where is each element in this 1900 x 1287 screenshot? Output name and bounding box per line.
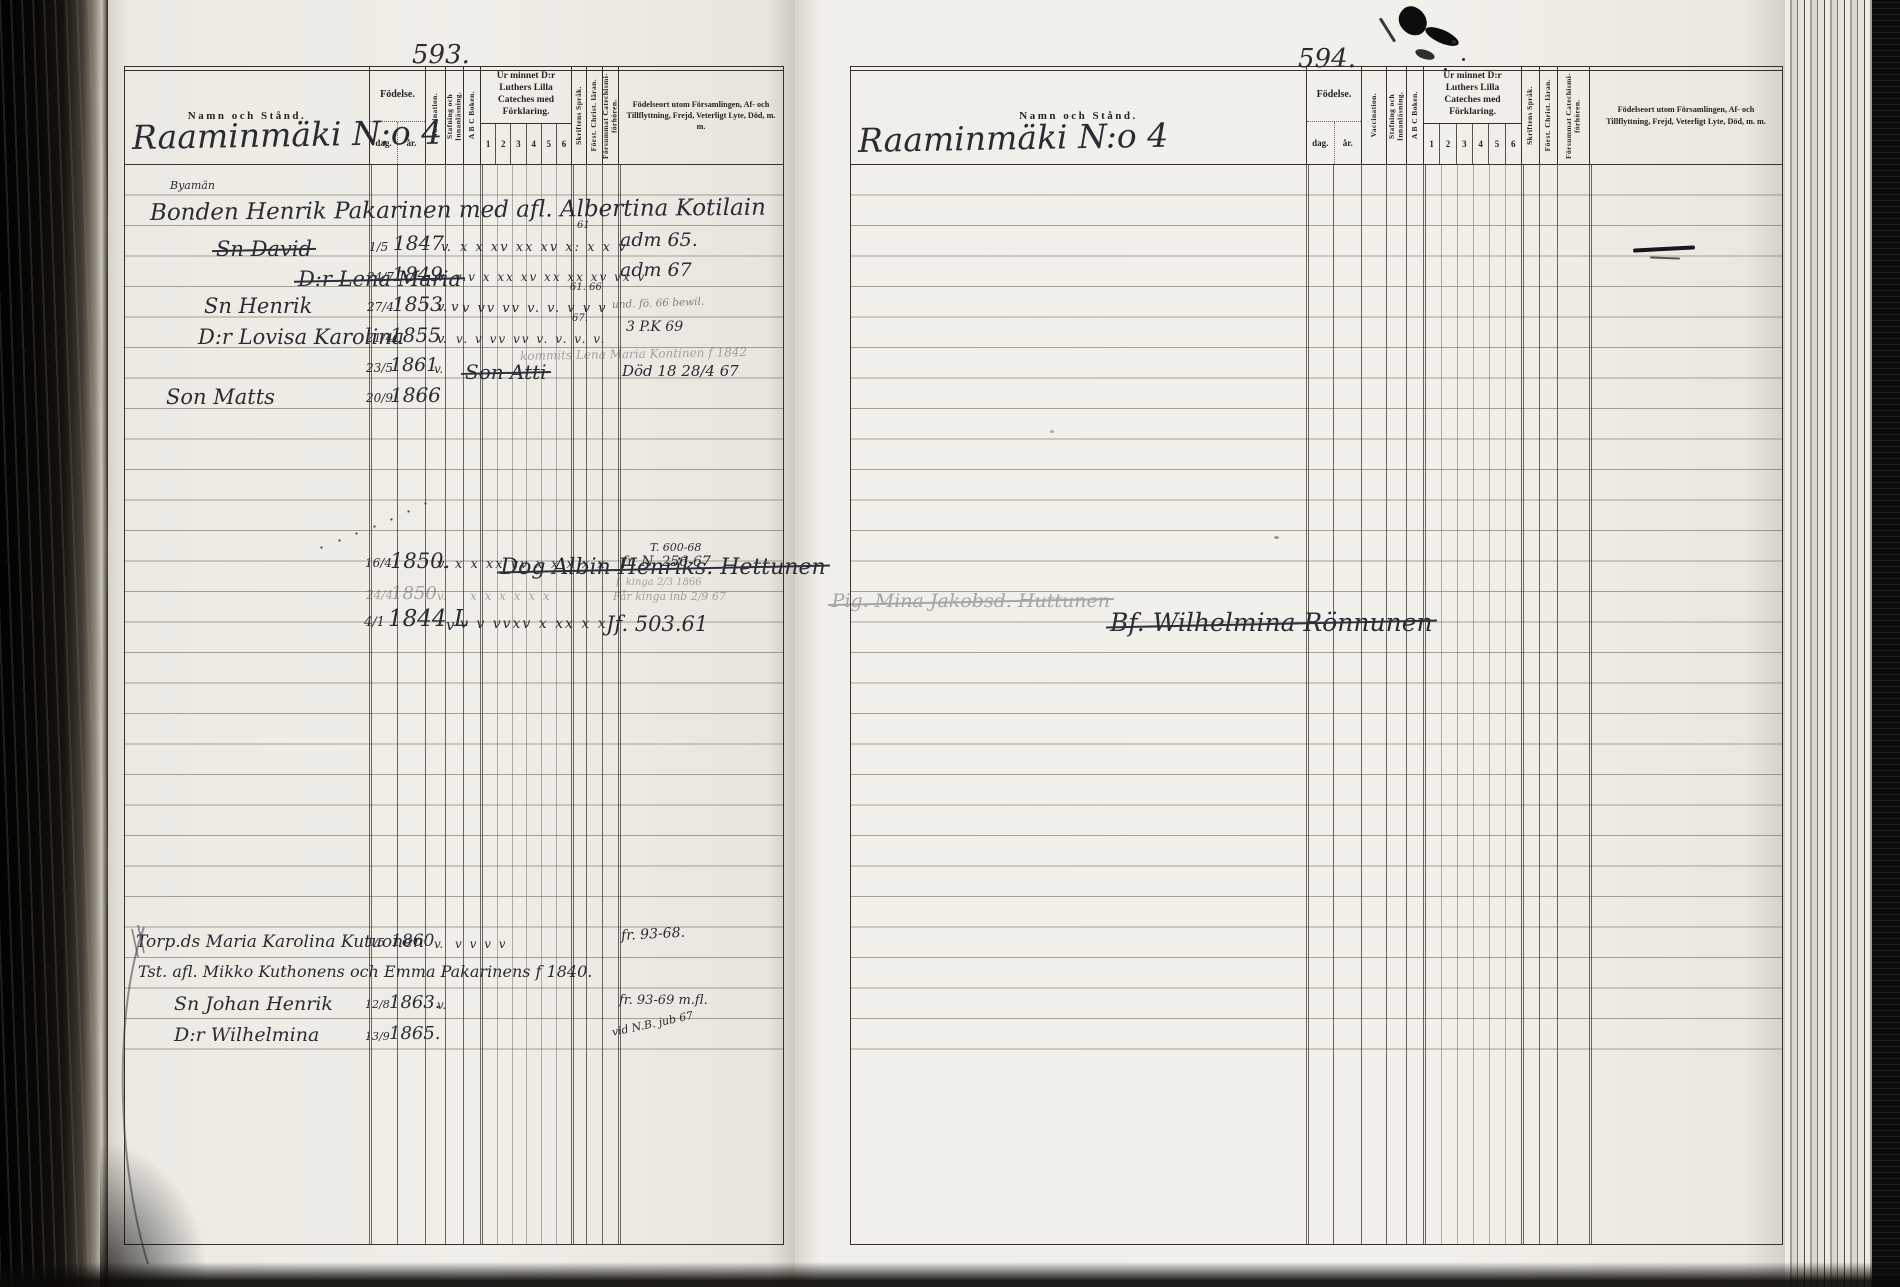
- family-head-line: Bonden Henrik Pakarinen med afl. Alberti…: [150, 195, 766, 226]
- entry-name: Sn David: [216, 237, 312, 261]
- entry-vaccination-mark: v.: [437, 332, 447, 347]
- catechism-col-3: 3: [1456, 124, 1472, 164]
- entry-birth-day: 12/8: [365, 998, 390, 1011]
- register-table-right: Namn och Stånd. Födelse. dag. år. Vaccin…: [850, 66, 1783, 1245]
- stray-mark: [1274, 536, 1279, 539]
- catechism-label: Ur minnet D:r Luthers Lilla Cateches med…: [1424, 67, 1521, 124]
- ink-speck: [1452, 40, 1456, 44]
- col-header-understanding: Först. Christ. läran.: [586, 67, 602, 164]
- entry-birth-year: 1861: [390, 354, 438, 376]
- entry-remark-top: T. 600-68: [650, 541, 701, 554]
- col-header-catechism: Ur minnet D:r Luthers Lilla Cateches med…: [1423, 67, 1521, 164]
- entry-birth-day: 16/4: [365, 556, 392, 570]
- entry-vaccination-mark: v.: [437, 270, 447, 285]
- spelling-label: Stafning och Innanläsning.: [446, 69, 463, 163]
- entry-birth-year: 1866: [390, 383, 441, 407]
- entry-birth-day: 1/5: [367, 936, 385, 949]
- entry-year-superscript: 61: [577, 220, 590, 231]
- entry-exam-marks: v v v v: [455, 937, 508, 951]
- entry-name: Pig. Mina Jakobsd. Huttunen: [832, 590, 1110, 612]
- entry-vaccination-mark: v.: [434, 937, 443, 951]
- entry-birth-day: 1/5: [369, 240, 388, 254]
- col-header-day: dag.: [1307, 122, 1334, 164]
- entry-vaccination-mark: v.: [437, 557, 447, 572]
- book-binding-left: [0, 0, 108, 1287]
- entry-exam-marks: x x xv xx xv x: x x v: [460, 240, 627, 255]
- entry-year-superscript: 61. 66: [570, 282, 602, 293]
- catechism-col-5: 5: [1488, 124, 1504, 164]
- entry-name: Sn Johan Henrik: [174, 993, 333, 1015]
- entry-vaccination-mark: v.: [437, 589, 446, 603]
- catechism-label: Ur minnet D:r Luthers Lilla Cateches med…: [481, 67, 571, 124]
- missed-exams-label: Försummat Catechismi-förhören.: [602, 69, 618, 163]
- col-header-scripture: Skriftens Språk.: [1521, 67, 1539, 164]
- entry-exam-marks: v.v x xx xv xx xx xv vx v: [455, 270, 646, 284]
- col-header-missed-exams: Försummat Catechismi-förhören.: [602, 67, 618, 164]
- entry-remark: 3 P.K 69: [626, 319, 683, 335]
- col-header-abc-book: A B C Boken.: [1406, 67, 1423, 164]
- ink-speck: [1462, 58, 1465, 61]
- col-header-birth: Födelse. dag. år.: [1306, 67, 1361, 164]
- catechism-col-3: 3: [510, 124, 525, 164]
- entry-remark: fr. 93-69 m.fl.: [619, 993, 708, 1008]
- margin-note-byamaen: Byamän: [170, 179, 215, 192]
- pencil-dotted-line: [318, 496, 438, 552]
- scripture-label: Skriftens Språk.: [575, 86, 584, 145]
- missed-exams-label: Försummat Catechismi-förhören.: [1565, 69, 1582, 163]
- entry-birth-year: 1860: [391, 931, 434, 951]
- page-stack-right-edge: [1785, 0, 1872, 1287]
- parents-line: Tst. afl. Mikko Kuthonens och Emma Pakar…: [138, 962, 592, 981]
- entry-remark: fr. N. 256-67: [622, 554, 711, 570]
- entry-birth-year: 1853: [392, 292, 443, 316]
- understanding-label: Först. Christ. läran.: [1544, 79, 1553, 151]
- book-spread: 593. 594. Namn och Stånd. Födelse. dag. …: [0, 0, 1900, 1287]
- catechism-col-5: 5: [541, 124, 556, 164]
- entry-birth-day: 27/4: [367, 300, 394, 314]
- col-header-year: år.: [1334, 122, 1362, 164]
- entry-vaccination-mark: v.: [434, 362, 443, 376]
- entry-birth-day: 23/5: [366, 361, 393, 375]
- spelling-label: Stafning och Innanläsning.: [1388, 69, 1405, 163]
- entry-exam-marks: v v vvxv x xx x x: [460, 616, 608, 632]
- col-header-vaccination: Vaccination.: [1361, 67, 1386, 164]
- entry-remark: adm 67: [620, 259, 692, 281]
- understanding-label: Först. Christ. läran.: [590, 79, 599, 151]
- entry-birth-year: 1855: [390, 323, 441, 347]
- entry-birth-year: 1849: [392, 262, 443, 286]
- entry-exam-marks: x x x x x x: [470, 589, 552, 603]
- entry-name: Son Matts: [166, 385, 275, 409]
- entry-name: D:r Wilhelmina: [174, 1024, 319, 1046]
- entry-birth-day: 13/9: [365, 1030, 390, 1043]
- entry-birth-day: 21/4: [366, 331, 393, 345]
- catechism-col-4: 4: [526, 124, 541, 164]
- entry-name: Bf. Wilhelmina Rönnunen: [1110, 608, 1433, 637]
- entry-remark: Får kinga inb 2/9 67: [613, 590, 726, 603]
- stray-mark: [1050, 430, 1054, 433]
- entry-remark: adm 65.: [620, 229, 698, 251]
- entry-remark-top: f. kinga 2/3 1866: [616, 577, 702, 588]
- vaccination-label: Vaccination.: [1370, 93, 1379, 137]
- catechism-col-6: 6: [556, 124, 571, 164]
- page-number-left: 593.: [412, 40, 470, 70]
- page-number-right: 594.: [1298, 44, 1356, 74]
- col-header-abc-book: A B C Boken.: [463, 67, 480, 164]
- catechism-col-1: 1: [1424, 124, 1439, 164]
- catechism-col-6: 6: [1505, 124, 1521, 164]
- entry-remark: Jf. 503.61: [606, 612, 708, 636]
- col-header-missed-exams: Försummat Catechismi-förhören.: [1557, 67, 1589, 164]
- ink-speck: [1444, 68, 1447, 71]
- entry-birth-year: 1844 L: [388, 606, 469, 632]
- col-header-scripture: Skriftens Språk.: [571, 67, 586, 164]
- col-header-remarks: Födelseort utom Församlingen, Af- och Ti…: [618, 67, 783, 164]
- entry-vaccination-mark: v. v: [437, 300, 458, 315]
- entry-remark: fr. 93-68.: [621, 925, 686, 944]
- entry-name: Sn Henrik: [204, 294, 312, 318]
- entry-birth-year: 1847: [393, 231, 444, 255]
- entry-year-superscript: 67.: [572, 313, 588, 324]
- abc-label: A B C Boken.: [1411, 91, 1420, 139]
- scripture-label: Skriftens Språk.: [1526, 86, 1535, 145]
- catechism-col-1: 1: [481, 124, 495, 164]
- entry-birth-year: 1863.: [389, 992, 441, 1013]
- entry-exam-marks: x x xx vv x x x x x: [455, 557, 607, 572]
- entry-birth-day: 24/7: [367, 270, 394, 284]
- entry-birth-day: 24/4: [366, 588, 393, 602]
- col-header-remarks: Födelseort utom Församlingen, Af- och Ti…: [1589, 67, 1782, 164]
- entry-birth-day: 20/9: [366, 391, 393, 405]
- entry-birth-year: 1850: [391, 583, 437, 604]
- col-header-birth-label: Födelse.: [1307, 67, 1361, 122]
- col-header-catechism: Ur minnet D:r Luthers Lilla Cateches med…: [480, 67, 571, 164]
- entry-birth-year: 1865.: [389, 1023, 441, 1044]
- abc-label: A B C Boken.: [468, 91, 477, 139]
- entry-vaccination-mark: v.: [441, 240, 451, 255]
- col-header-spelling: Stafning och Innanläsning.: [1386, 67, 1406, 164]
- col-header-spelling: Stafning och Innanläsning.: [445, 67, 463, 164]
- catechism-col-2: 2: [1439, 124, 1455, 164]
- book-bottom-edge: [0, 1262, 1900, 1287]
- village-title-right: Raaminmäki N:o 4: [858, 116, 1169, 160]
- catechism-col-2: 2: [495, 124, 510, 164]
- entry-vaccination-mark: v.: [437, 998, 446, 1012]
- entry-remark: Död 18 28/4 67: [622, 362, 739, 380]
- col-header-understanding: Först. Christ. läran.: [1539, 67, 1557, 164]
- entry-birth-day: 4/1: [364, 615, 385, 630]
- catechism-col-4: 4: [1472, 124, 1488, 164]
- entry-vaccination-mark: v: [446, 616, 454, 634]
- village-title-left: Raaminmäki N:o 4: [132, 113, 443, 157]
- entry-name: Son Atti: [465, 360, 547, 384]
- book-cover-right-edge: [1872, 0, 1900, 1287]
- entry-exam-marks: v. v vv vv v. v. v. v.: [456, 332, 606, 346]
